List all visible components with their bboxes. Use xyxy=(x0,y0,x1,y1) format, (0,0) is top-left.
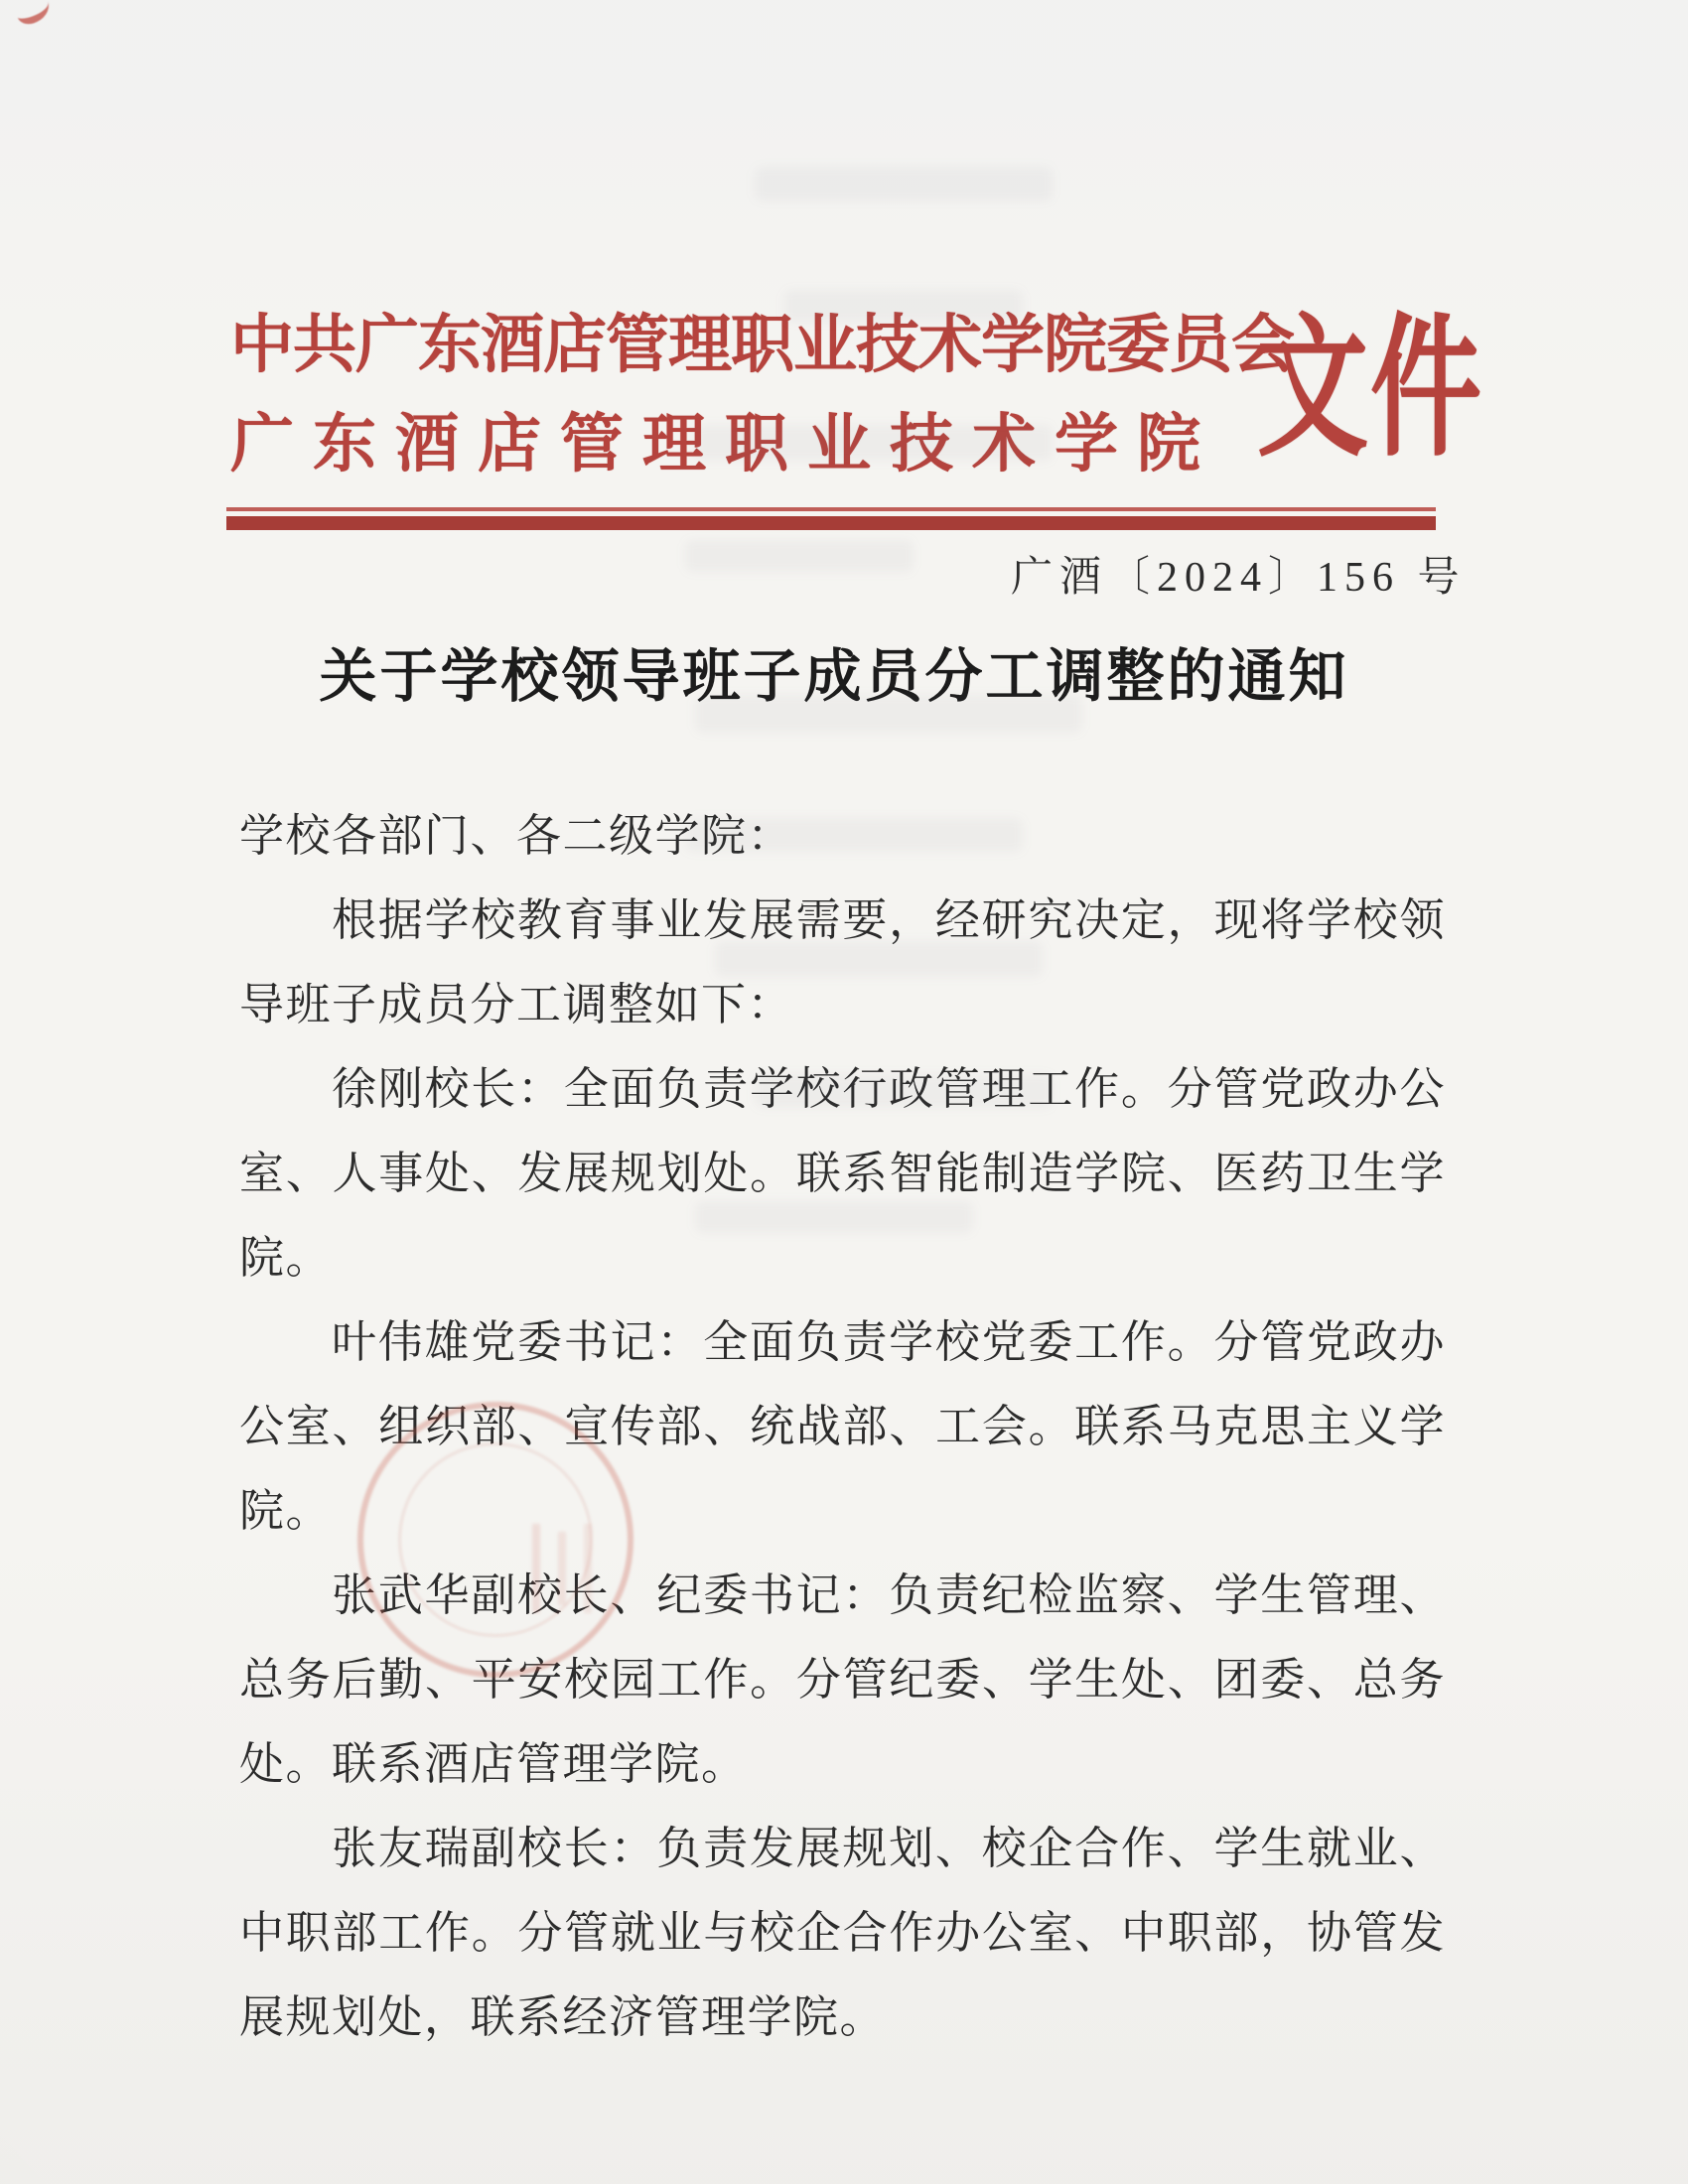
document-title: 关于学校领导班子成员分工调整的通知 xyxy=(226,629,1442,713)
salutation-line: 学校各部门、各二级学院： xyxy=(239,794,1446,879)
letterhead-rule-thin xyxy=(226,507,1436,511)
letterhead-rule-thick xyxy=(226,516,1436,530)
red-pen-corner-mark xyxy=(13,0,54,28)
body-paragraph: 张友瑞副校长：负责发展规划、校企合作、学生就业、中职部工作。分管就业与校企合作办… xyxy=(239,1807,1446,2060)
document-body: 学校各部门、各二级学院： 根据学校教育事业发展需要，经研究决定，现将学校领导班子… xyxy=(239,794,1446,2060)
body-paragraph: 徐刚校长：全面负责学校行政管理工作。分管党政办公室、人事处、发展规划处。联系智能… xyxy=(239,1047,1446,1300)
body-paragraph: 根据学校教育事业发展需要，经研究决定，现将学校领导班子成员分工调整如下： xyxy=(239,879,1446,1047)
document-number: 广酒〔2024〕156 号 xyxy=(1011,544,1438,604)
scanned-official-document: { "header": { "org_line1": "中共广东酒店管理职业技术… xyxy=(0,0,1688,2184)
letterhead-committee-name: 中共广东酒店管理职业技术学院委员会 xyxy=(230,296,1253,395)
letterhead: 中共广东酒店管理职业技术学院委员会 广东酒店管理职业技术学院 xyxy=(230,296,1253,494)
body-paragraph: 张武华副校长、纪委书记：负责纪检监察、学生管理、总务后勤、平安校园工作。分管纪委… xyxy=(239,1554,1446,1807)
bleed-through-ghost xyxy=(755,167,1053,201)
letterhead-document-label: 文件 xyxy=(1257,314,1483,468)
bleed-through-ghost xyxy=(685,540,914,572)
body-paragraph: 叶伟雄党委书记：全面负责学校党委工作。分管党政办公室、组织部、宣传部、统战部、工… xyxy=(239,1300,1446,1554)
letterhead-college-name: 广东酒店管理职业技术学院 xyxy=(230,395,1253,494)
